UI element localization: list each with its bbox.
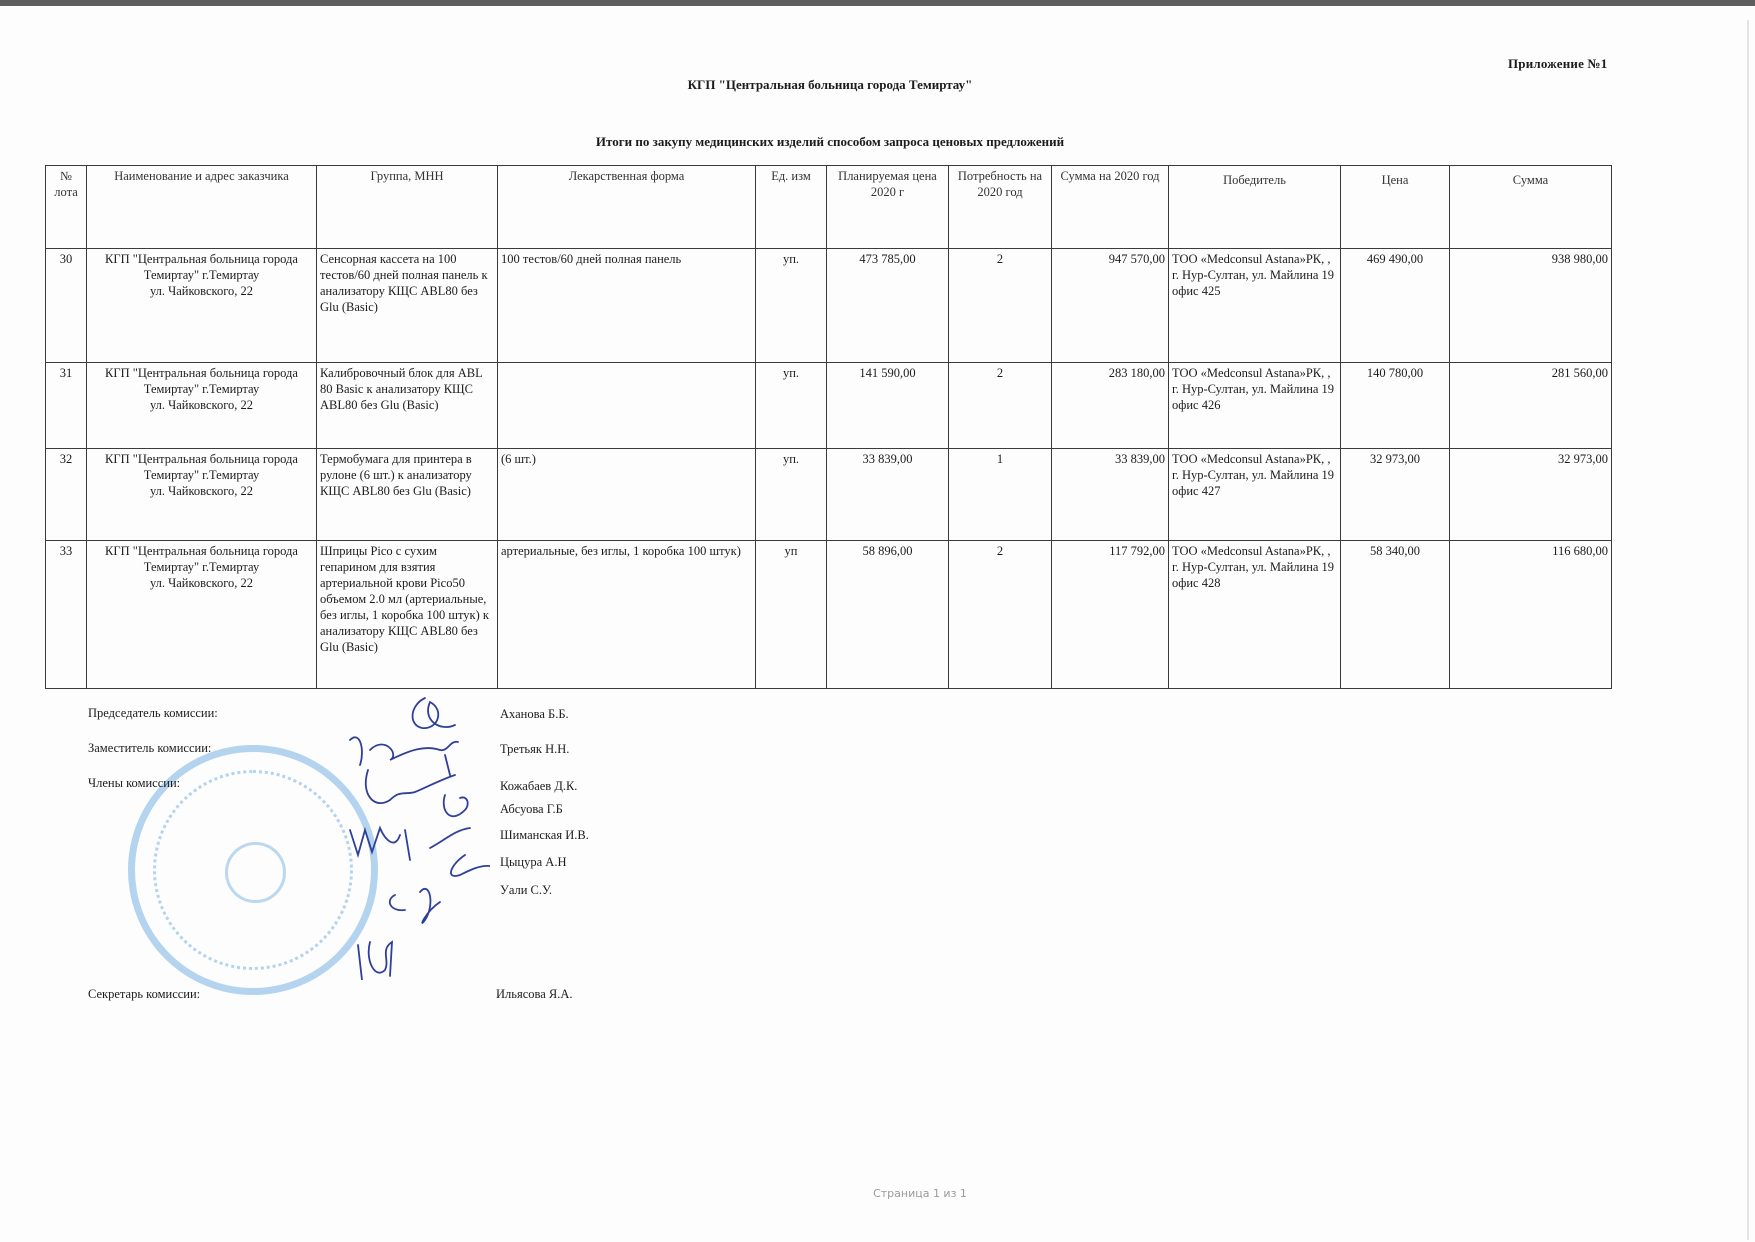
winner-sum: 938 980,00 bbox=[1450, 249, 1612, 363]
quantity: 1 bbox=[949, 449, 1052, 541]
col-header-unit: Ед. изм bbox=[756, 166, 827, 249]
secretary-label: Секретарь комиссии: bbox=[88, 987, 200, 1002]
customer-cell: КГП "Центральная больница города Темирта… bbox=[87, 249, 317, 363]
procurement-results-table: № лота Наименование и адрес заказчика Гр… bbox=[45, 165, 1612, 689]
winner-sum: 281 560,00 bbox=[1450, 363, 1612, 449]
deputy-label: Заместитель комиссии: bbox=[88, 741, 211, 756]
customer-cell: КГП "Центральная больница города Темирта… bbox=[87, 363, 317, 449]
unit: уп. bbox=[756, 363, 827, 449]
quantity: 2 bbox=[949, 541, 1052, 689]
winner-sum: 116 680,00 bbox=[1450, 541, 1612, 689]
planned-sum: 117 792,00 bbox=[1052, 541, 1169, 689]
customer-cell: КГП "Центральная больница города Темирта… bbox=[87, 541, 317, 689]
scan-top-edge bbox=[0, 0, 1755, 6]
col-header-planned-sum: Сумма на 2020 год bbox=[1052, 166, 1169, 249]
col-header-quantity: Потребность на 2020 год bbox=[949, 166, 1052, 249]
customer-name: КГП "Центральная больница города Темирта… bbox=[90, 451, 313, 483]
customer-cell: КГП "Центральная больница города Темирта… bbox=[87, 449, 317, 541]
quantity: 2 bbox=[949, 363, 1052, 449]
table-row: 31 КГП "Центральная больница города Теми… bbox=[46, 363, 1612, 449]
col-header-planned-price: Планируемая цена 2020 г bbox=[827, 166, 949, 249]
member-name: Кожабаев Д.К. bbox=[500, 779, 577, 794]
dosage-form bbox=[498, 363, 756, 449]
col-header-winner: Победитель bbox=[1169, 166, 1341, 249]
winner-price: 140 780,00 bbox=[1341, 363, 1450, 449]
secretary-name: Ильясова Я.А. bbox=[496, 987, 573, 1002]
col-header-sum: Сумма bbox=[1450, 166, 1612, 249]
member-name: Уали С.У. bbox=[500, 883, 552, 898]
quantity: 2 bbox=[949, 249, 1052, 363]
document-title: Итоги по закупу медицинских изделий спос… bbox=[0, 134, 1660, 150]
member-name: Цыцура А.Н bbox=[500, 855, 566, 870]
group-mnn: Сенсорная кассета на 100 тестов/60 дней … bbox=[317, 249, 498, 363]
unit: уп. bbox=[756, 449, 827, 541]
dosage-form: (6 шт.) bbox=[498, 449, 756, 541]
chairman-label: Председатель комиссии: bbox=[88, 706, 218, 721]
group-mnn: Калибровочный блок для ABL 80 Basic к ан… bbox=[317, 363, 498, 449]
table-row: 32 КГП "Центральная больница города Теми… bbox=[46, 449, 1612, 541]
customer-address: ул. Чайковского, 22 bbox=[90, 283, 313, 299]
dosage-form: 100 тестов/60 дней полная панель bbox=[498, 249, 756, 363]
page-number: Страница 1 из 1 bbox=[0, 1187, 1755, 1200]
planned-price: 473 785,00 bbox=[827, 249, 949, 363]
planned-price: 33 839,00 bbox=[827, 449, 949, 541]
group-mnn: Шприцы Pico с сухим гепарином для взятия… bbox=[317, 541, 498, 689]
lot-number: 30 bbox=[46, 249, 87, 363]
table-row: 33 КГП "Центральная больница города Теми… bbox=[46, 541, 1612, 689]
col-header-form: Лекарственная форма bbox=[498, 166, 756, 249]
col-header-group: Группа, МНН bbox=[317, 166, 498, 249]
planned-price: 141 590,00 bbox=[827, 363, 949, 449]
lot-number: 32 bbox=[46, 449, 87, 541]
member-name: Абсуова Г.Б bbox=[500, 802, 563, 817]
appendix-label: Приложение №1 bbox=[1508, 56, 1608, 72]
scan-right-edge bbox=[1747, 20, 1749, 1240]
table-row: 30 КГП "Центральная больница города Теми… bbox=[46, 249, 1612, 363]
customer-address: ул. Чайковского, 22 bbox=[90, 483, 313, 499]
customer-name: КГП "Центральная больница города Темирта… bbox=[90, 365, 313, 397]
unit: уп. bbox=[756, 249, 827, 363]
customer-address: ул. Чайковского, 22 bbox=[90, 397, 313, 413]
col-header-lot: № лота bbox=[46, 166, 87, 249]
member-name: Шиманская И.В. bbox=[500, 828, 589, 843]
chairman-name: Аханова Б.Б. bbox=[500, 707, 569, 722]
signatures-icon bbox=[330, 680, 490, 980]
winner-price: 469 490,00 bbox=[1341, 249, 1450, 363]
unit: уп bbox=[756, 541, 827, 689]
winner: ТОО «Medconsul Astana»РК, , г. Нур-Султа… bbox=[1169, 449, 1341, 541]
planned-sum: 283 180,00 bbox=[1052, 363, 1169, 449]
customer-name: КГП "Центральная больница города Темирта… bbox=[90, 251, 313, 283]
customer-address: ул. Чайковского, 22 bbox=[90, 575, 313, 591]
planned-sum: 947 570,00 bbox=[1052, 249, 1169, 363]
winner: ТОО «Medconsul Astana»РК, , г. Нур-Султа… bbox=[1169, 249, 1341, 363]
winner: ТОО «Medconsul Astana»РК, , г. Нур-Султа… bbox=[1169, 363, 1341, 449]
winner: ТОО «Medconsul Astana»РК, , г. Нур-Султа… bbox=[1169, 541, 1341, 689]
table-header-row: № лота Наименование и адрес заказчика Гр… bbox=[46, 166, 1612, 249]
col-header-customer: Наименование и адрес заказчика bbox=[87, 166, 317, 249]
members-label: Члены комиссии: bbox=[88, 776, 180, 791]
lot-number: 33 bbox=[46, 541, 87, 689]
lot-number: 31 bbox=[46, 363, 87, 449]
organization-title: КГП "Центральная больница города Темирта… bbox=[0, 77, 1660, 93]
customer-name: КГП "Центральная больница города Темирта… bbox=[90, 543, 313, 575]
group-mnn: Термобумага для принтера в рулоне (6 шт.… bbox=[317, 449, 498, 541]
winner-price: 58 340,00 bbox=[1341, 541, 1450, 689]
dosage-form: артериальные, без иглы, 1 коробка 100 шт… bbox=[498, 541, 756, 689]
planned-sum: 33 839,00 bbox=[1052, 449, 1169, 541]
col-header-price: Цена bbox=[1341, 166, 1450, 249]
winner-sum: 32 973,00 bbox=[1450, 449, 1612, 541]
deputy-name: Третьяк Н.Н. bbox=[500, 742, 569, 757]
planned-price: 58 896,00 bbox=[827, 541, 949, 689]
winner-price: 32 973,00 bbox=[1341, 449, 1450, 541]
